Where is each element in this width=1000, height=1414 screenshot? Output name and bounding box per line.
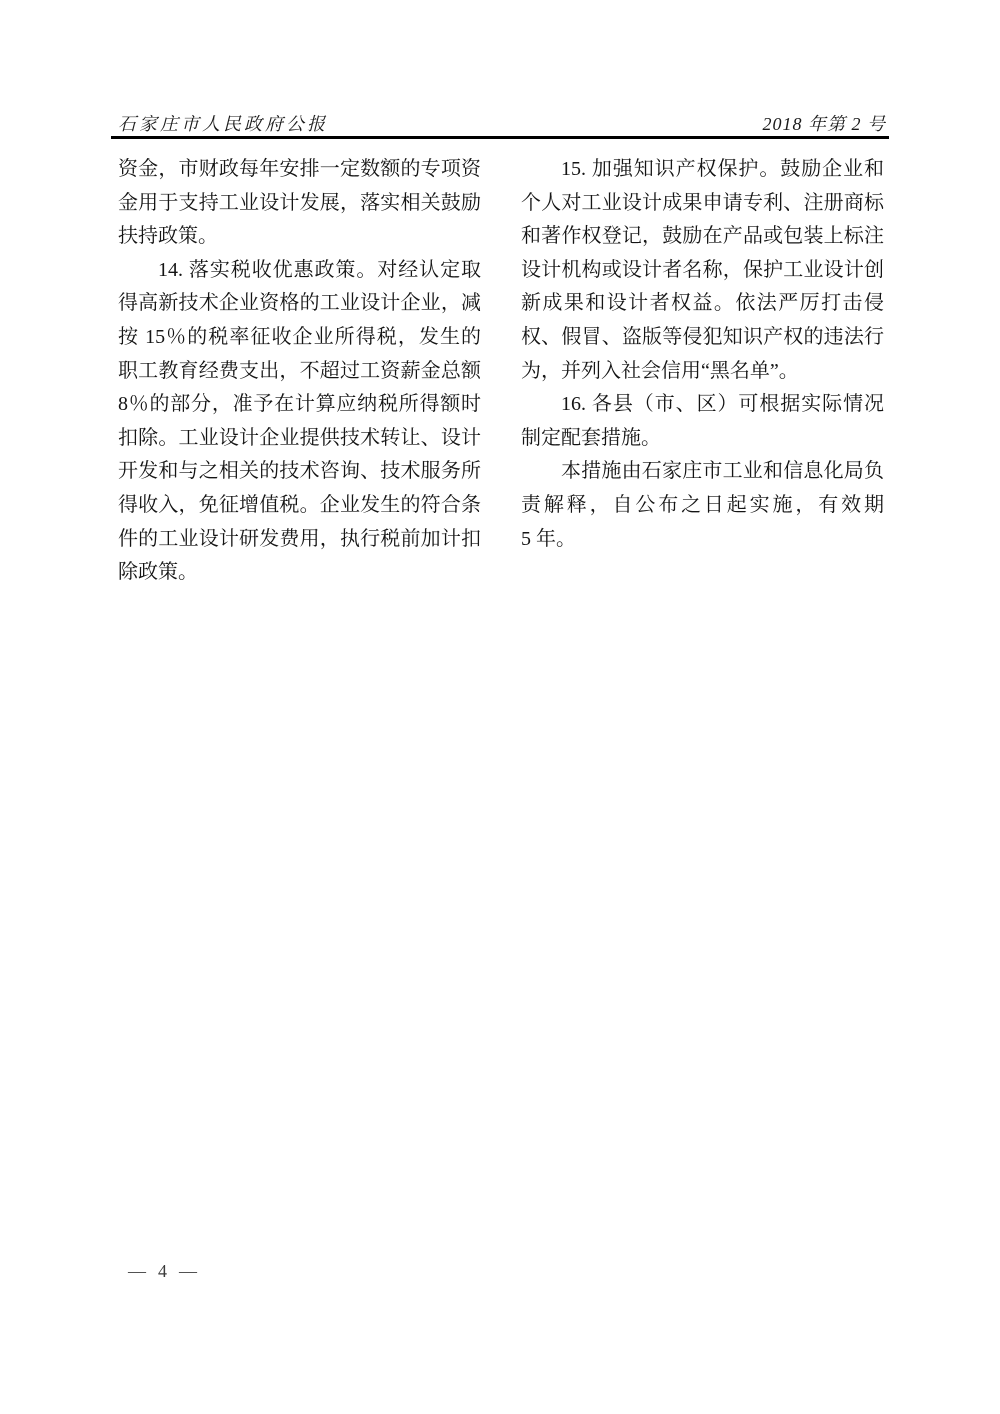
text-line: 和著作权登记，鼓励在产品或包装上标注 — [521, 220, 884, 254]
text-line: 本措施由石家庄市工业和信息化局负 — [521, 455, 884, 489]
text-line: 8％的部分，准予在计算应纳税所得额时 — [118, 388, 481, 422]
left-column: 资金，市财政每年安排一定数额的专项资 金用于支持工业设计发展，落实相关鼓励 扶持… — [118, 153, 481, 590]
text-line: 新成果和设计者权益。依法严厉打击侵 — [521, 287, 884, 321]
text-line: 设计机构或设计者名称，保护工业设计创 — [521, 254, 884, 288]
gazette-page: 石家庄市人民政府公报 2018 年第 2 号 资金，市财政每年安排一定数额的专项… — [0, 0, 1000, 1414]
text-line: 5 年。 — [521, 523, 884, 557]
body-columns: 资金，市财政每年安排一定数额的专项资 金用于支持工业设计发展，落实相关鼓励 扶持… — [118, 153, 884, 590]
text-line: 开发和与之相关的技术咨询、技术服务所 — [118, 455, 481, 489]
text-line: 16. 各县（市、区）可根据实际情况 — [521, 388, 884, 422]
header-rule-divider — [111, 136, 889, 139]
text-line: 14. 落实税收优惠政策。对经认定取 — [118, 254, 481, 288]
page-footer: — 4 — — [128, 1261, 198, 1282]
text-line: 扣除。工业设计企业提供技术转让、设计 — [118, 422, 481, 456]
gazette-title: 石家庄市人民政府公报 — [118, 110, 328, 136]
right-column: 15. 加强知识产权保护。鼓励企业和 个人对工业设计成果申请专利、注册商标 和著… — [521, 153, 884, 590]
text-line: 资金，市财政每年安排一定数额的专项资 — [118, 153, 481, 187]
text-line: 除政策。 — [118, 556, 481, 590]
text-line: 权、假冒、盗版等侵犯知识产权的违法行 — [521, 321, 884, 355]
footer-dash-left: — — [128, 1261, 147, 1282]
page-header: 石家庄市人民政府公报 2018 年第 2 号 — [118, 110, 886, 136]
text-line: 金用于支持工业设计发展，落实相关鼓励 — [118, 187, 481, 221]
text-line: 扶持政策。 — [118, 220, 481, 254]
text-line: 责解释，自公布之日起实施，有效期 — [521, 489, 884, 523]
text-line: 得高新技术企业资格的工业设计企业，减 — [118, 287, 481, 321]
text-line: 个人对工业设计成果申请专利、注册商标 — [521, 187, 884, 221]
text-line: 得收入，免征增值税。企业发生的符合条 — [118, 489, 481, 523]
text-line: 按 15％的税率征收企业所得税，发生的 — [118, 321, 481, 355]
text-line: 件的工业设计研发费用，执行税前加计扣 — [118, 523, 481, 557]
text-line: 制定配套措施。 — [521, 422, 884, 456]
page-number: 4 — [158, 1261, 168, 1282]
text-line: 职工教育经费支出，不超过工资薪金总额 — [118, 355, 481, 389]
text-line: 15. 加强知识产权保护。鼓励企业和 — [521, 153, 884, 187]
issue-number: 2018 年第 2 号 — [763, 110, 887, 136]
text-line: 为，并列入社会信用“黑名单”。 — [521, 355, 884, 389]
footer-dash-right: — — [179, 1261, 198, 1282]
